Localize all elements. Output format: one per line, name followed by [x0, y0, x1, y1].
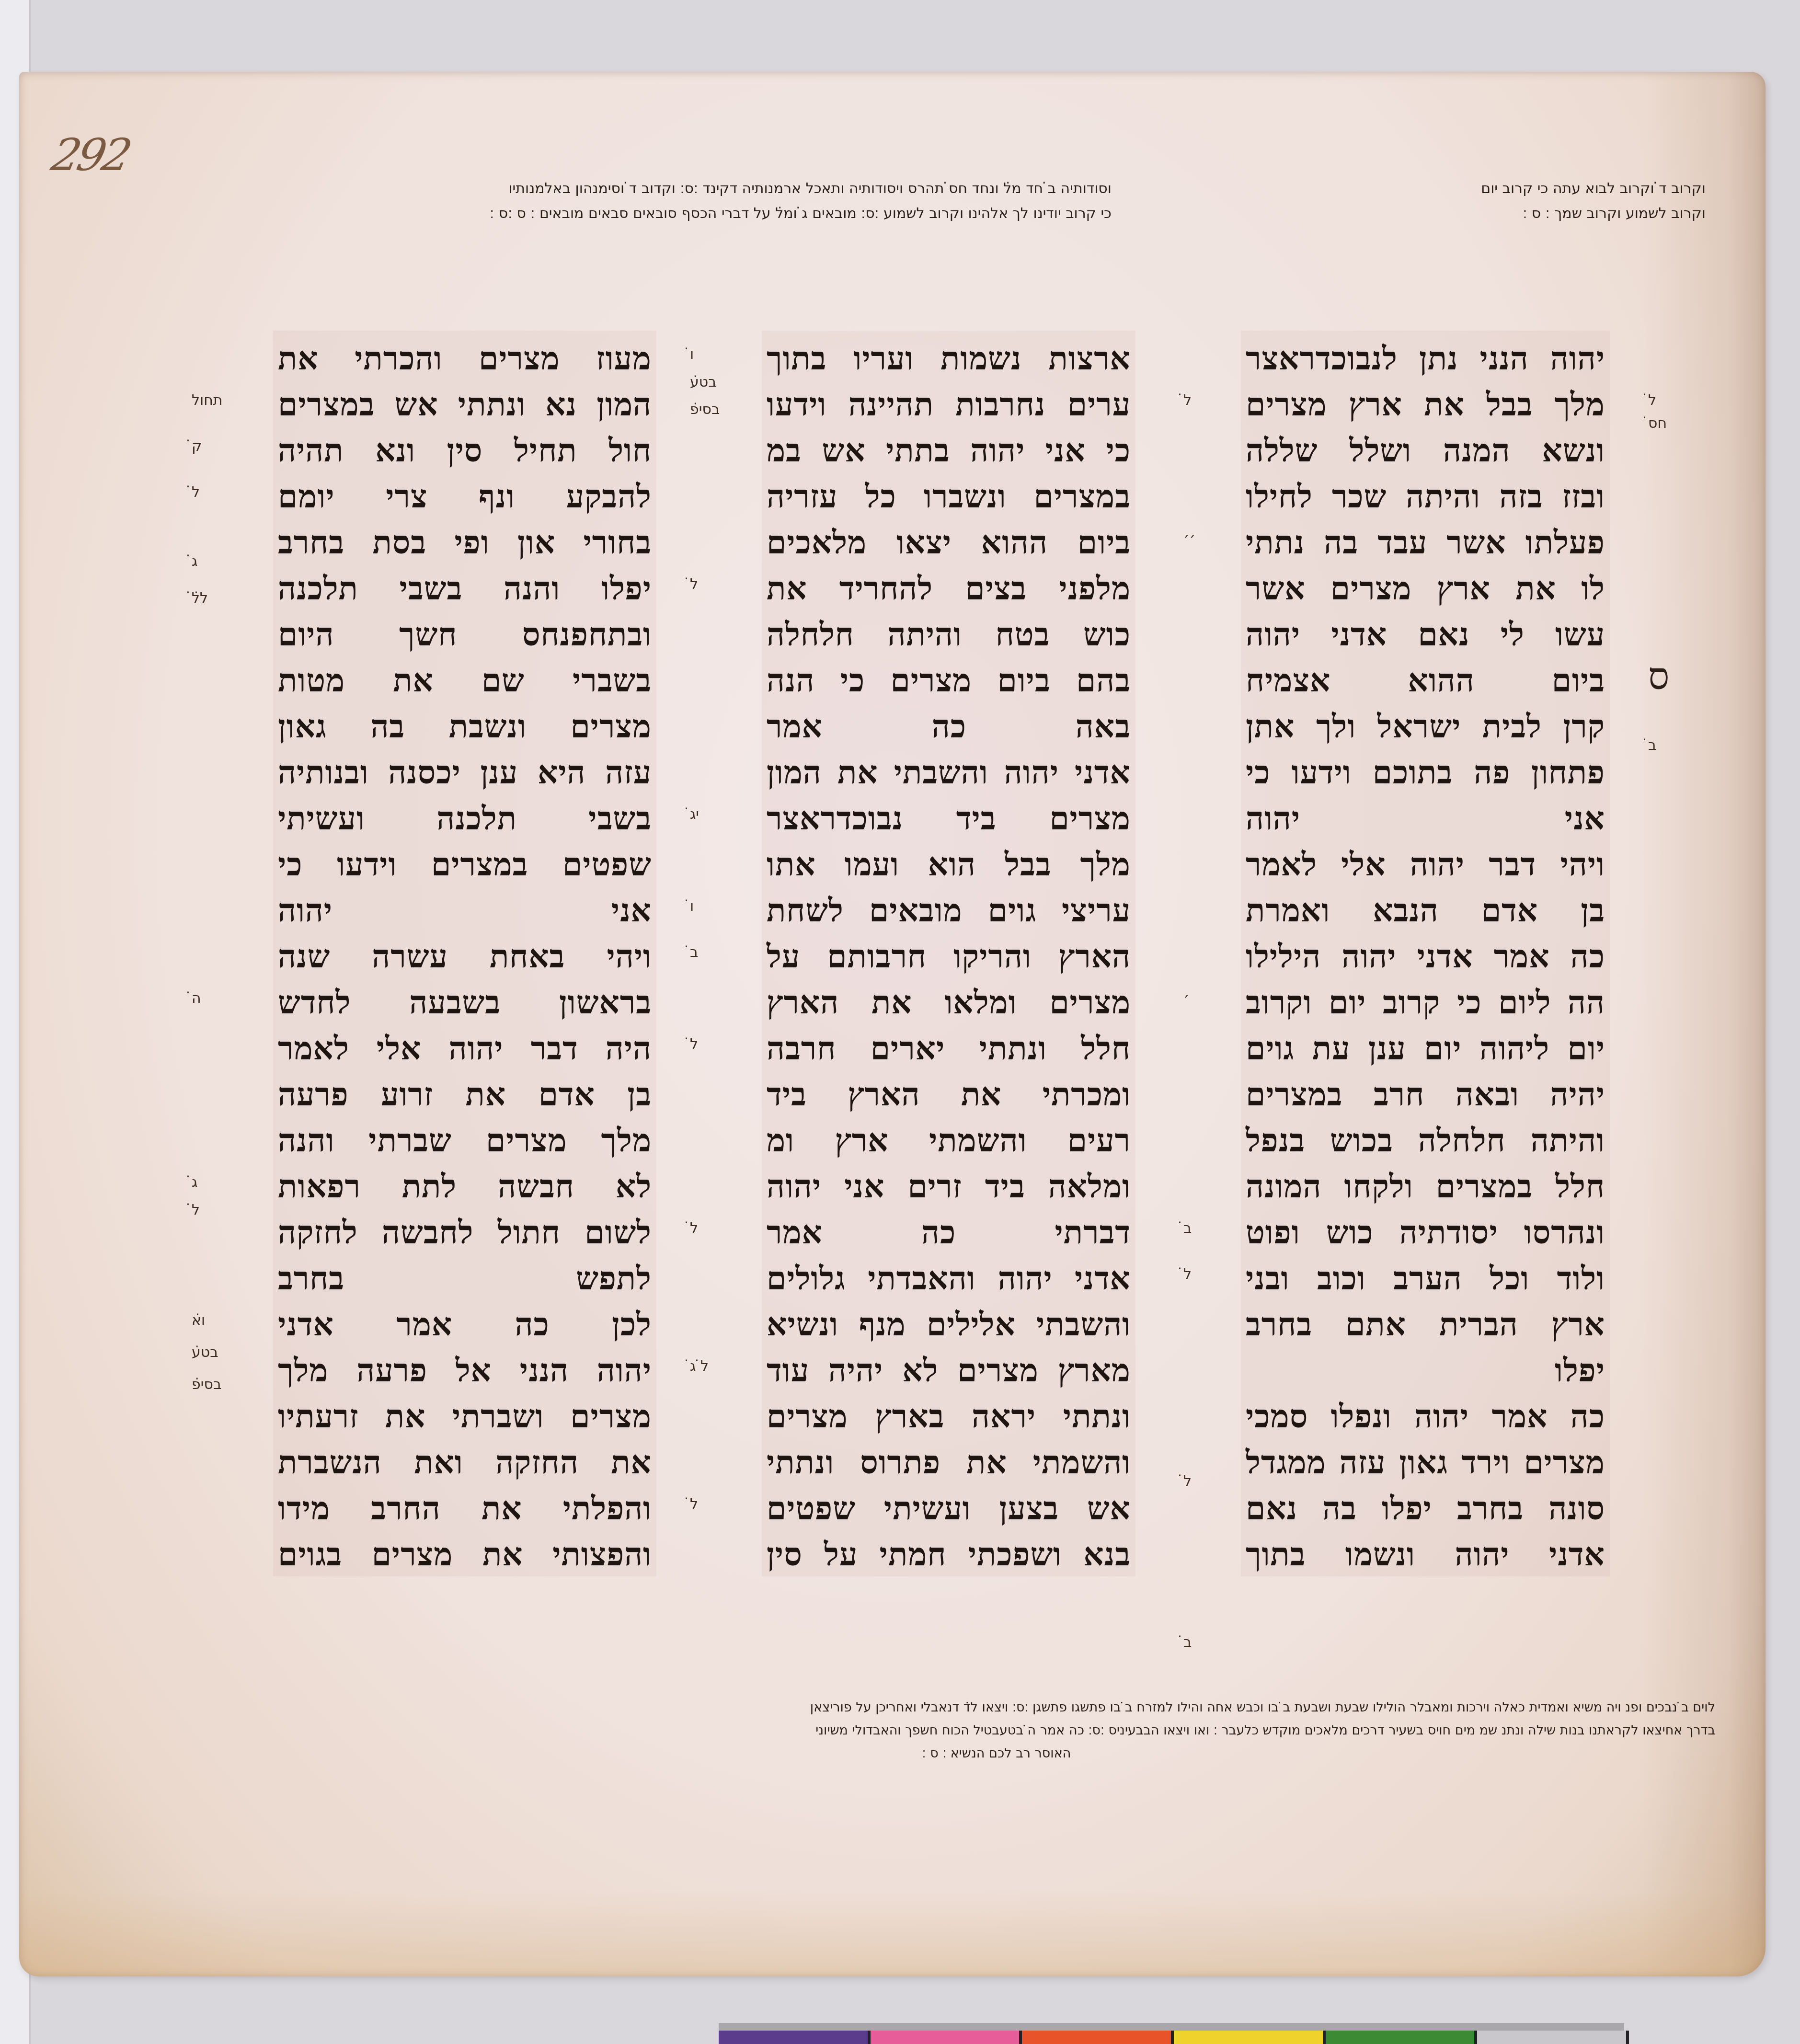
text-line: כי אני יהוה בתתי אש במ [767, 427, 1131, 473]
text-line: ביום ההוא אצמיח [1246, 657, 1605, 703]
text-line: מצרים ונשבת בה גאון [278, 703, 652, 749]
masorah-top-right: וקרוב ד̇ וקרוב לבוא עתה כי קרוב יום וקרו… [1227, 176, 1706, 226]
masorah-parva-note: בט̇ע [192, 1343, 218, 1362]
text-line: דברתי כה אמר [767, 1209, 1131, 1255]
text-line: בשברי שם את מטות [278, 657, 652, 703]
masorah-parva-note: חס̇ [1648, 414, 1667, 433]
text-column-right: יהוה הנני נתן לנבוכדראצרמלך בבל את ארץ מ… [1246, 335, 1605, 1577]
text-column-middle: ארצות נשמות ועריו בתוךערים נחרבות תהיינה… [767, 335, 1131, 1577]
masorah-parva-note: ל̇ ג̇ [690, 1357, 709, 1376]
text-line: מלך בבל את ארץ מצרים [1246, 381, 1605, 427]
text-line: כה אמר אדני יהוה הילילו [1246, 933, 1605, 979]
folio-number: 292 [47, 129, 134, 181]
text-line: אדני יהוה ונשמו בתוך [1246, 1531, 1605, 1577]
text-line: כוש בטח והיתה חלחלה [767, 611, 1131, 657]
masorah-parva-note: ב̇ [1648, 736, 1656, 755]
text-line: יהוה הנני אל פרעה מלך [278, 1347, 652, 1393]
text-line: מצרים ביד נבוכדראצר [767, 795, 1131, 841]
masorah-parva-note: בסי̇פ [690, 400, 720, 419]
color-calibration-strip [719, 2031, 1629, 2044]
text-line: ארץ הברית אתם בחרב [1246, 1301, 1605, 1347]
masorah-parva-note: ל̇ [690, 1219, 698, 1238]
text-line: חול תחיל סין ונא תהיה [278, 427, 652, 473]
text-line: ומכרתי את הארץ ביד [767, 1071, 1131, 1117]
text-line: ויהי דבר יהוה אלי לאמר [1246, 841, 1605, 887]
masorah-line: האוסר רב לכם הנשיא ׃ ס ׃ [278, 1742, 1715, 1765]
text-line: מלך מצרים שברתי והנה [278, 1117, 652, 1163]
masorah-line: וקרוב לשמוע וקרוב שמך ׃ ס ׃ [1227, 201, 1706, 226]
text-line: יפלו [1246, 1347, 1605, 1393]
text-line: והפצותי את מצרים בגוים [278, 1531, 652, 1577]
text-line: ארצות נשמות ועריו בתוך [767, 335, 1131, 381]
text-line: אדני יהוה והשבתי את המון [767, 749, 1131, 795]
text-line: לכן כה אמר אדני [278, 1301, 652, 1347]
text-line: בשבי תלכנה ועשיתי [278, 795, 652, 841]
masorah-parva-note: ׳ [1183, 989, 1189, 1008]
text-line: אדני יהוה והאבדתי גלולים [767, 1255, 1131, 1301]
text-line: באה כה אמר [767, 703, 1131, 749]
masorah-parva-note: ב̇ [690, 943, 698, 962]
masorah-parva-note: ל̇ [690, 575, 698, 594]
masorah-parva-note: ב̇ [1183, 1633, 1192, 1652]
text-line: יהיה ובאה חרב במצרים [1246, 1071, 1605, 1117]
color-swatch [1326, 2031, 1478, 2044]
text-line: לא חבשה לתת רפאות [278, 1163, 652, 1209]
text-line: פתחון פה בתוכם וידעו כי [1246, 749, 1605, 795]
text-line: מלך בבל הוא ועמו אתו [767, 841, 1131, 887]
masorah-parva-note: ו̇ [690, 897, 694, 916]
text-column-left: מעוז מצרים והכרתי אתהמון נא ונתתי אש במצ… [278, 335, 652, 1577]
page-stain-right [1641, 72, 1766, 1976]
masorah-parva-note: ב̇ [1183, 1219, 1192, 1238]
masorah-top-left: וסודותיה ב̇ חד מ̇ל ונחד חס̇ תהרס ויסודות… [297, 176, 1112, 226]
text-line: בהם ביום מצרים כי הנה [767, 657, 1131, 703]
page-stain-bottom [19, 1890, 1766, 1976]
text-line: ונהרסו יסודתיה כוש ופוט [1246, 1209, 1605, 1255]
text-line: מצרים ומלאו את הארץ [767, 979, 1131, 1025]
text-line: בחורי און ופי בסת בחרב [278, 519, 652, 565]
masorah-parva-note: ה̇ [192, 989, 201, 1008]
text-line: והשמתי את פתרוס ונתתי [767, 1439, 1131, 1485]
text-line: כה אמר יהוה ונפלו סמכי [1246, 1393, 1605, 1439]
text-line: מלפני בצים להחריד את [767, 565, 1131, 611]
text-line: מארץ מצרים לא יהיה עוד [767, 1347, 1131, 1393]
text-line: ובזז בזה והיתה שכר לחילו [1246, 473, 1605, 519]
text-line: סונה בחרב יפלו בה נאם [1246, 1485, 1605, 1531]
masorah-parva-note: בט̇ע [690, 373, 717, 392]
color-swatch [1477, 2031, 1629, 2044]
masorah-line: וקרוב ד̇ וקרוב לבוא עתה כי קרוב יום [1227, 176, 1706, 201]
text-line: יום ליהוה יום ענן עת גוים [1246, 1025, 1605, 1071]
masorah-parva-note: ו̇ [690, 345, 694, 364]
masorah-parva-note: ו̇א [192, 1311, 205, 1330]
masorah-parva-note: ל̇ [690, 1495, 698, 1514]
text-line: אני יהוה [278, 887, 652, 933]
text-line: רעים והשמתי ארץ ומ [767, 1117, 1131, 1163]
text-line: ובתחפנחס חשך היום [278, 611, 652, 657]
text-line: ומלאה ביד זרים אני יהוה [767, 1163, 1131, 1209]
parasha-setuma-marker: ס [1648, 667, 1669, 686]
text-line: בנא ושפכתי חמתי על סין [767, 1531, 1131, 1577]
text-line: בן אדם את זרוע פרעה [278, 1071, 652, 1117]
masorah-parva-note: בסי̇פ [192, 1375, 221, 1394]
text-line: חלל במצרים ולקחו המונה [1246, 1163, 1605, 1209]
text-line: פעלתו אשר עבד בה נתתי [1246, 519, 1605, 565]
masorah-parva-note: ג̇ [192, 1173, 197, 1192]
text-line: ונתתי יראה בארץ מצרים [767, 1393, 1131, 1439]
masorah-parva-note: ל̇ [1183, 391, 1192, 410]
masorah-parva-note: ל̇ל̇ [192, 589, 208, 608]
text-line: להבקע ונף צרי יומם [278, 473, 652, 519]
masorah-parva-note: ל̇ [1183, 1265, 1192, 1284]
color-swatch [871, 2031, 1022, 2044]
text-line: בראשון בשבעה לחדש [278, 979, 652, 1025]
masorah-line: בדרך אחיצאו לקראתנו בנות שילה ונתנ שמ מי… [278, 1719, 1715, 1742]
color-strip-shadow [719, 2023, 1624, 2031]
text-line: לתפש בחרב [278, 1255, 652, 1301]
color-swatch [719, 2031, 871, 2044]
masorah-parva-note: ל̇ [1648, 391, 1656, 410]
masorah-parva-note: ל̇ [192, 483, 200, 502]
text-line: חלל ונתתי יארים חרבה [767, 1025, 1131, 1071]
text-line: הארץ והריקו חרבותם על [767, 933, 1131, 979]
text-line: ביום ההוא יצאו מלאכים [767, 519, 1131, 565]
text-line: לו את ארץ מצרים אשר [1246, 565, 1605, 611]
masorah-parva-note: ל̇ [1183, 1472, 1192, 1491]
text-line: יהוה הנני נתן לנבוכדראצר [1246, 335, 1605, 381]
text-line: היה דבר יהוה אלי לאמר [278, 1025, 652, 1071]
masorah-parva-note: ל̇ [192, 1201, 200, 1220]
masorah-parva-note: ׳׳ [1183, 529, 1195, 548]
masorah-parva-note: ל̇ [690, 1035, 698, 1054]
masorah-parva-note: ג̇ [192, 552, 197, 571]
text-line: והיתה חלחלה בכוש בנפל [1246, 1117, 1605, 1163]
masorah-line: וסודותיה ב̇ חד מ̇ל ונחד חס̇ תהרס ויסודות… [297, 176, 1112, 201]
text-line: יפלו והנה בשבי תלכנה [278, 565, 652, 611]
text-line: מצרים ושברתי את זרעתיו [278, 1393, 652, 1439]
color-swatch [1022, 2031, 1174, 2044]
text-line: לשום חתול לחבשה לחזקה [278, 1209, 652, 1255]
text-line: עשו לי נאם אדני יהוה [1246, 611, 1605, 657]
text-line: אש בצען ועשיתי שפטים [767, 1485, 1131, 1531]
text-line: במצרים ונשברו כל עזריה [767, 473, 1131, 519]
text-line: ונשא המנה ושלל שללה [1246, 427, 1605, 473]
masorah-parva-note: תחול [192, 391, 223, 410]
text-line: שפטים במצרים וידעו כי [278, 841, 652, 887]
text-line: המון נא ונתתי אש במצרים [278, 381, 652, 427]
text-line: קרן לבית ישראל ולך אתן [1246, 703, 1605, 749]
masorah-line: כי קרוב יודינו לך אלהינו וקרוב לשמוע ׃ס׃… [297, 201, 1112, 226]
text-line: והשבתי אלילים מנף ונשיא [767, 1301, 1131, 1347]
masorah-line: לוים ב̇ נבכים ופנ ויה משיא ואמדית כאלה ו… [278, 1696, 1715, 1719]
text-line: אני יהוה [1246, 795, 1605, 841]
color-swatch [1174, 2031, 1326, 2044]
text-line: בן אדם הנבא ואמרת [1246, 887, 1605, 933]
text-line: ויהי באחת עשרה שנה [278, 933, 652, 979]
text-line: ערים נחרבות תהיינה וידעו [767, 381, 1131, 427]
text-line: עזה היא ענן יכסנה ובנותיה [278, 749, 652, 795]
text-line: עריצי גוים מובאים לשחת [767, 887, 1131, 933]
text-line: מעוז מצרים והכרתי את [278, 335, 652, 381]
text-line: והפלתי את החרב מידו [278, 1485, 652, 1531]
masorah-parva-note: ק̇ [192, 437, 202, 456]
text-line: ולוד וכל הערב וכוב ובני [1246, 1255, 1605, 1301]
text-line: הה ליום כי קרוב יום וקרוב [1246, 979, 1605, 1025]
masorah-parva-note: יג̇ [690, 805, 699, 824]
masorah-bottom: לוים ב̇ נבכים ופנ ויה משיא ואמדית כאלה ו… [278, 1696, 1715, 1765]
text-line: את החזקה ואת הנשברת [278, 1439, 652, 1485]
text-line: מצרים וירד גאון עזה ממגדל [1246, 1439, 1605, 1485]
